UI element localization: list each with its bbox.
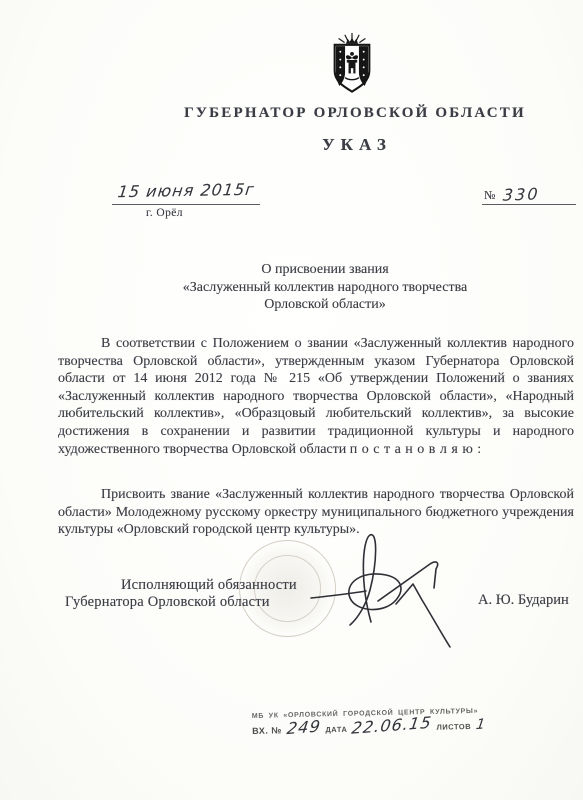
handwritten-signature-icon xyxy=(300,528,470,660)
stamp-fields-row: ВХ. № 249 ДАТА 22.06.15 ЛИСТОВ 1 xyxy=(252,715,514,738)
number-sign: № xyxy=(484,186,495,204)
doc-type-title: УКАЗ xyxy=(322,135,392,155)
decree-document-page: ГУБЕРНАТОР ОРЛОВСКОЙ ОБЛАСТИ УКАЗ 15 июн… xyxy=(0,0,583,800)
oryol-region-coat-of-arms-icon xyxy=(326,32,378,99)
decree-number-field: № 330 xyxy=(482,182,576,205)
org-title: ГУБЕРНАТОР ОРЛОВСКОЙ ОБЛАСТИ xyxy=(184,105,526,122)
city-label: г. Орёл xyxy=(146,207,183,219)
date-field: 15 июня 2015г xyxy=(112,181,260,205)
preamble-text: В соответствии с Положением о звании «За… xyxy=(58,336,574,457)
signer-position-line-2: Губернатора Орловской области xyxy=(65,594,297,611)
stamp-sheets-label: ЛИСТОВ xyxy=(436,722,471,732)
handwritten-date: 15 июня 2015г xyxy=(116,180,255,201)
stamp-date-label: ДАТА xyxy=(325,725,347,734)
resolve-word: п о с т а н о в л я ю : xyxy=(350,442,482,457)
body-paragraph-preamble: В соответствии с Положением о звании «За… xyxy=(58,335,574,458)
signer-position: Исполняющий обязанности Губернатора Орло… xyxy=(65,577,297,611)
subject-line-1: О присвоении звания xyxy=(183,261,467,279)
stamp-sheets-handwritten: 1 xyxy=(475,716,487,733)
incoming-registration-stamp: МБ УК «ОРЛОВСКИЙ ГОРОДСКОЙ ЦЕНТР КУЛЬТУР… xyxy=(252,707,514,738)
signer-position-line-1: Исполняющий обязанности xyxy=(121,577,297,594)
stamp-incoming-number-handwritten: 249 xyxy=(286,719,322,738)
decree-subject: О присвоении звания «Заслуженный коллект… xyxy=(183,261,467,314)
subject-line-2: «Заслуженный коллектив народного творчес… xyxy=(183,279,467,297)
stamp-incoming-label: ВХ. № xyxy=(252,725,282,736)
handwritten-number: 330 xyxy=(503,184,541,204)
signer-name: А. Ю. Бударин xyxy=(478,592,569,609)
subject-line-3: Орловской области» xyxy=(183,296,467,314)
stamp-date-handwritten: 22.06.15 xyxy=(351,715,433,737)
